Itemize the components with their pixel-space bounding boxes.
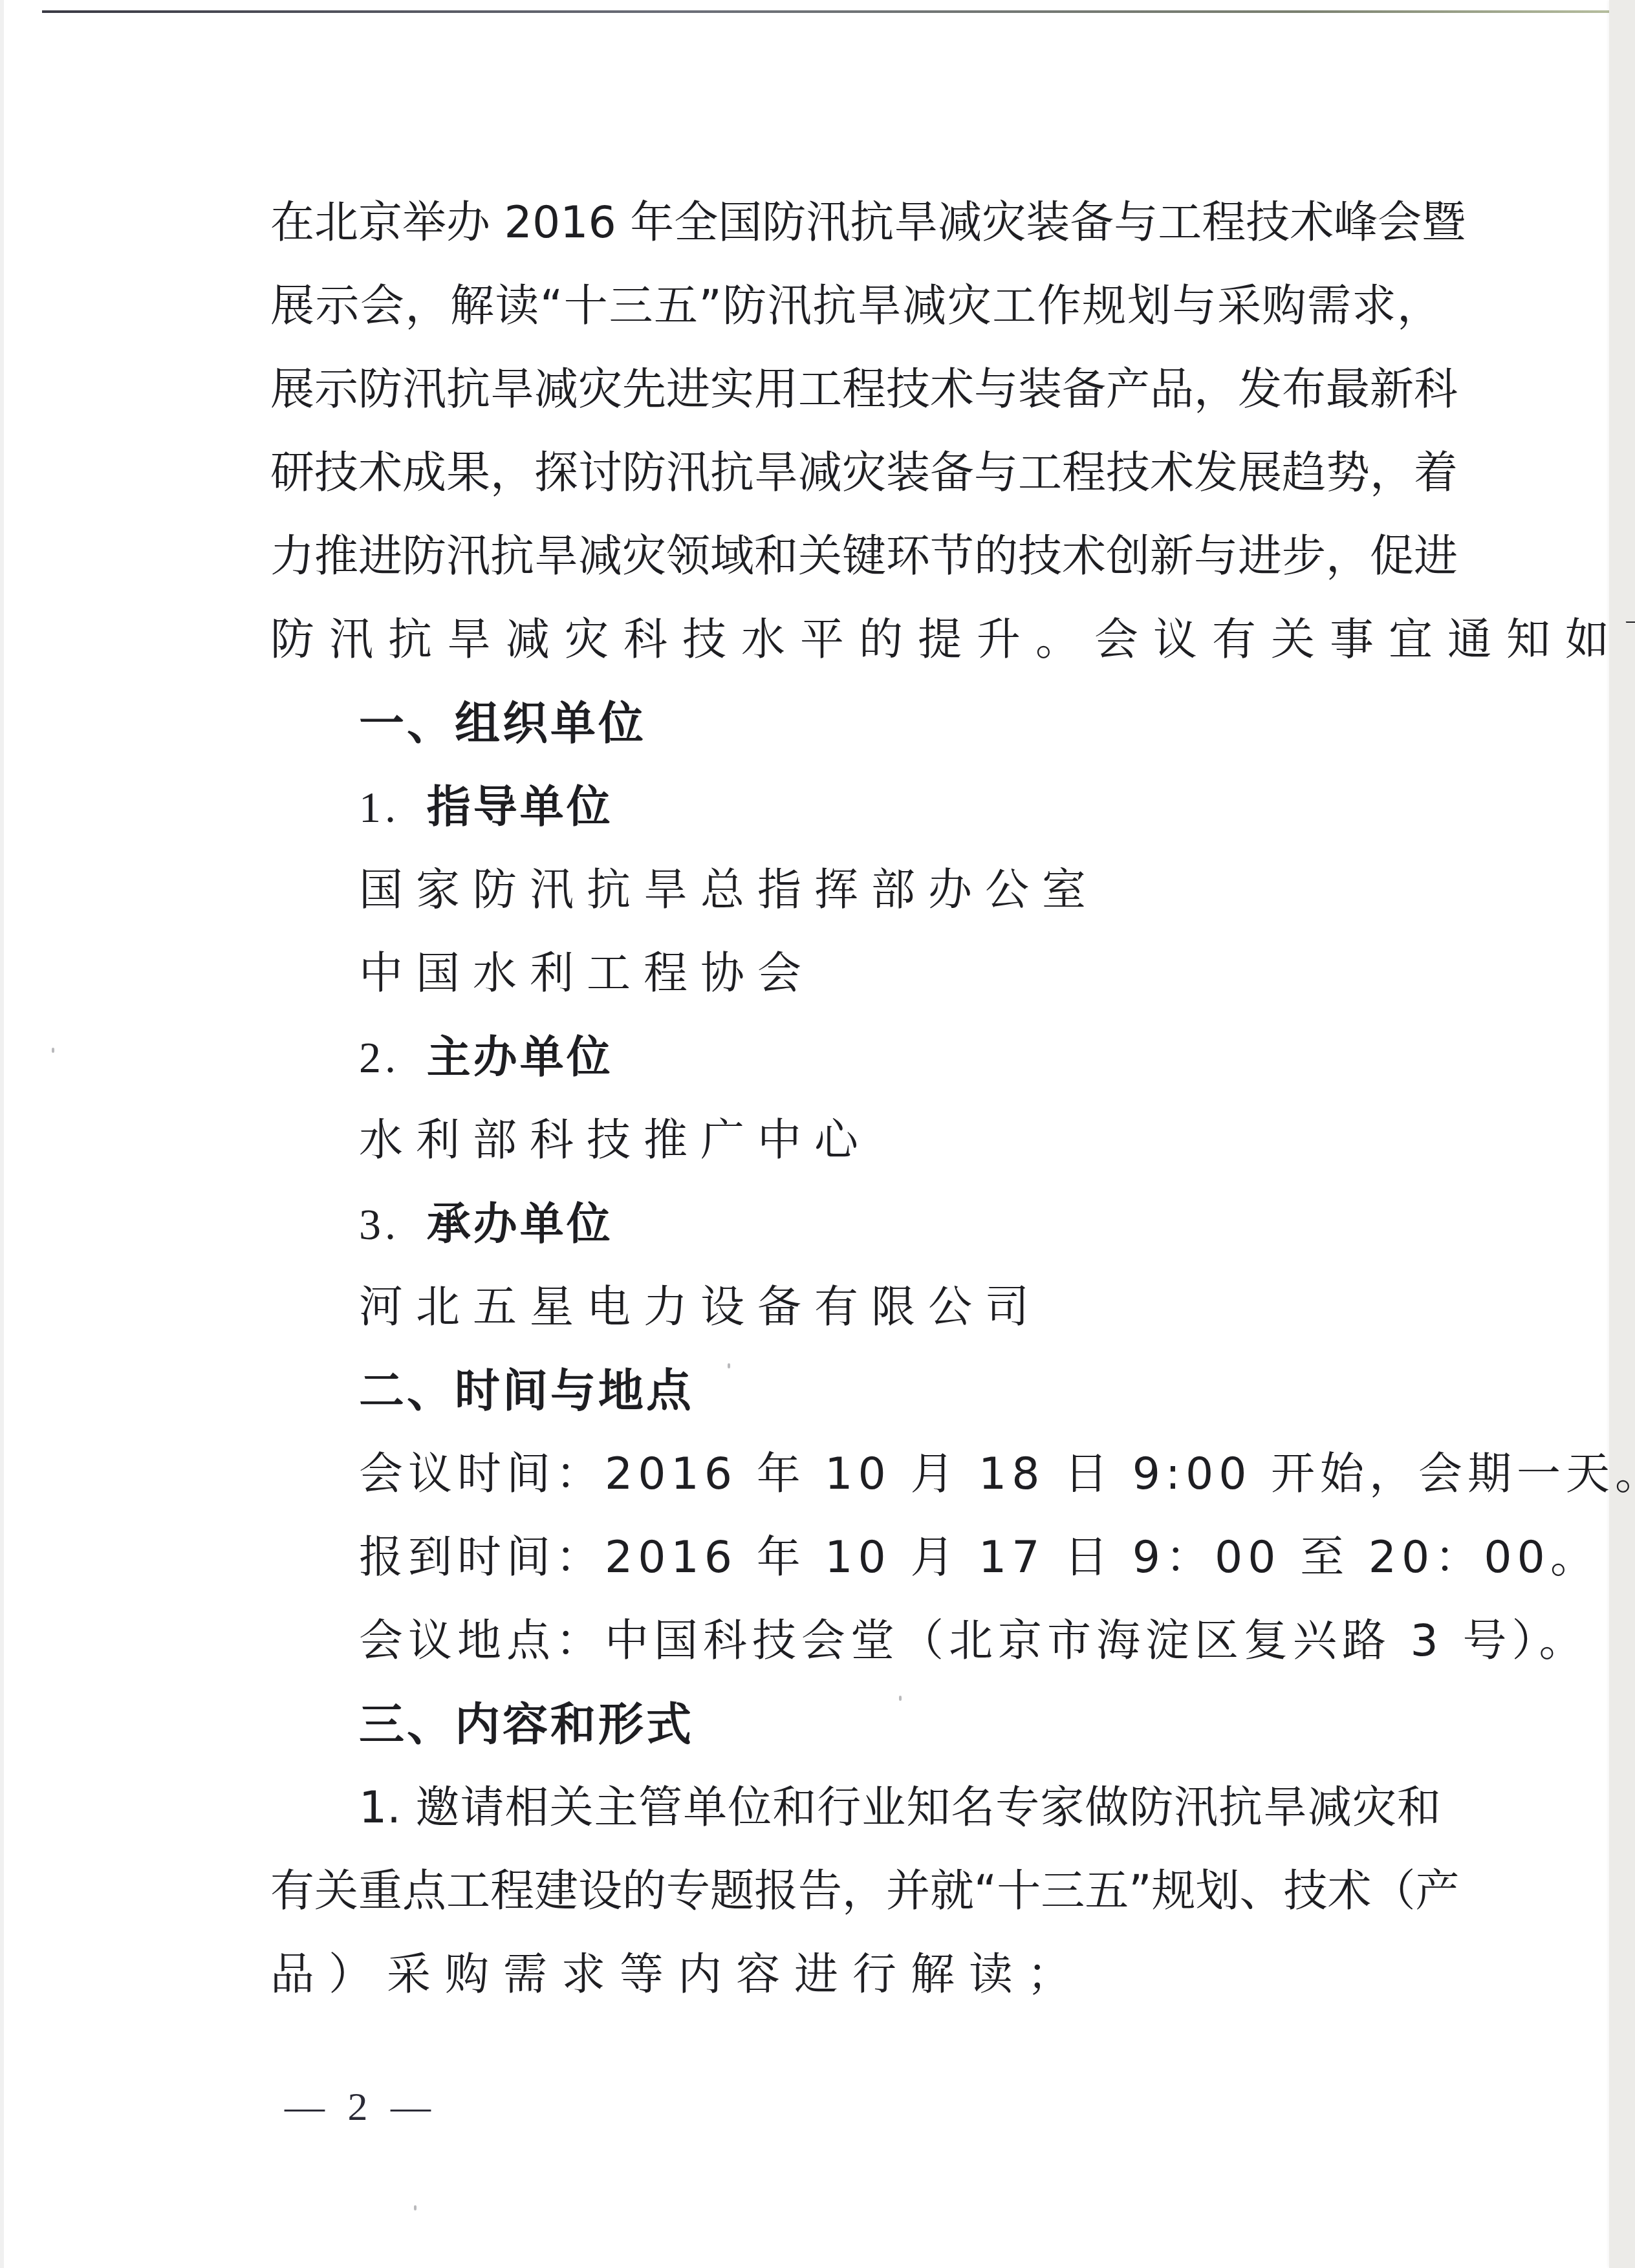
scan-right-edge — [1609, 0, 1635, 2268]
paragraph-line: 有关重点工程建设的专题报告，并就“十三五”规划、技术（产 — [270, 1863, 1441, 1921]
organizer-item: 国家防汛抗旱总指挥部办公室 — [359, 861, 1099, 920]
paragraph-line: 研技术成果，探讨防汛抗旱减灾装备与工程技术发展趋势，着 — [270, 444, 1441, 502]
paragraph-line: 品）采购需求等内容进行解读； — [270, 1946, 1085, 2004]
paragraph-line: 1. 邀请相关主管单位和行业知名专家做防汛抗旱减灾和 — [359, 1779, 1441, 1837]
section-heading: 三、内容和形式 — [359, 1696, 694, 1754]
section-heading: 二、时间与地点 — [359, 1362, 694, 1420]
paragraph-line: 在北京举办 2016 年全国防汛抗旱减灾装备与工程技术峰会暨 — [270, 194, 1441, 252]
scan-speck — [414, 2205, 417, 2210]
meeting-location: 会议地点：中国科技会堂（北京市海淀区复兴路 3 号）。 — [359, 1612, 1588, 1670]
subsection-label: 主办单位 — [427, 1032, 613, 1083]
subsection-heading-organizing-units: 3. 承办单位 — [359, 1195, 613, 1254]
paragraph-line: 展示会，解读“十三五”防汛抗旱减灾工作规划与采购需求， — [270, 277, 1441, 336]
paragraph-line: 防汛抗旱减灾科技水平的提升。会议有关事宜通知如下： — [270, 611, 1635, 669]
scan-speck — [52, 1048, 54, 1053]
section-heading: 一、组织单位 — [359, 695, 646, 753]
subsection-heading-host-units: 2. 主办单位 — [359, 1028, 613, 1087]
subsection-heading-guiding-units: 1. 指导单位 — [359, 778, 613, 837]
registration-time: 报到时间：2016 年 10 月 17 日 9：00 至 20：00。 — [359, 1529, 1599, 1587]
scan-top-edge-line — [42, 10, 1620, 13]
subsection-number: 3. — [359, 1200, 400, 1249]
scan-speck — [728, 1363, 730, 1368]
organizer-item: 中国水利工程协会 — [359, 945, 814, 1003]
subsection-number: 2. — [359, 1033, 400, 1082]
scan-left-edge — [0, 0, 4, 2268]
subsection-label: 指导单位 — [427, 782, 613, 833]
scan-speck — [899, 1696, 902, 1701]
organizer-item: 水利部科技推广中心 — [359, 1112, 871, 1170]
page-number: — 2 — — [285, 2081, 437, 2133]
meeting-time: 会议时间：2016 年 10 月 18 日 9:00 开始，会期一天。 — [359, 1445, 1635, 1504]
subsection-number: 1. — [359, 783, 400, 832]
organizer-item: 河北五星电力设备有限公司 — [359, 1279, 1042, 1337]
paragraph-line: 力推进防汛抗旱减灾领域和关键环节的技术创新与进步，促进 — [270, 528, 1441, 586]
subsection-label: 承办单位 — [427, 1199, 613, 1250]
paragraph-line: 展示防汛抗旱减灾先进实用工程技术与装备产品，发布最新科 — [270, 361, 1441, 419]
